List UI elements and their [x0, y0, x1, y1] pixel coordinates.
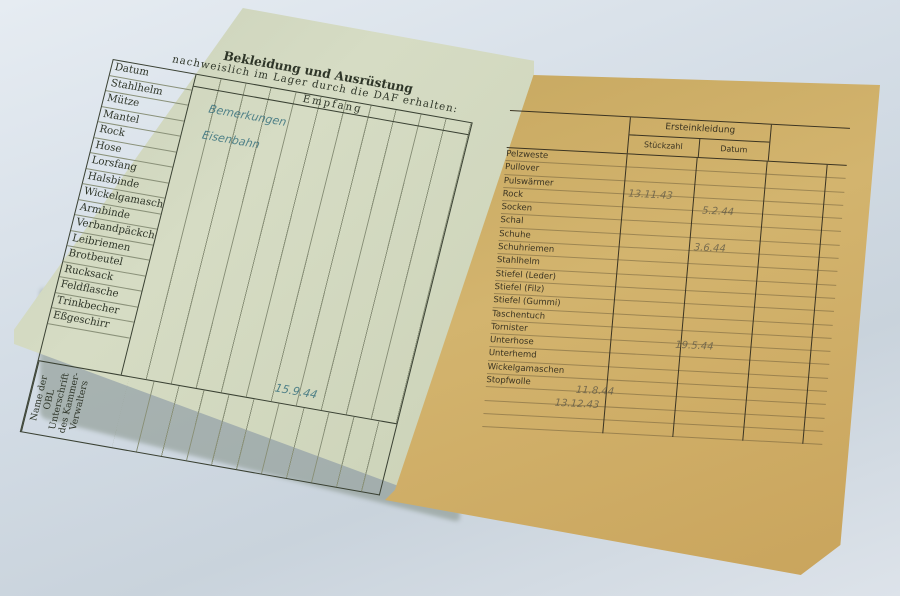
- handwriting: 13.11.43: [628, 189, 673, 202]
- handwriting: 3.6.44: [693, 242, 726, 255]
- ersteinkleidung-group: Ersteinkleidung Stückzahl Datum: [628, 117, 772, 160]
- header-blank: [507, 111, 631, 153]
- stueckzahl-header: Stückzahl: [628, 135, 700, 157]
- footer-label: Name der OBL Unterschrift des Kammer-Ver…: [21, 361, 129, 447]
- handwriting: 5.2.44: [702, 205, 735, 218]
- photo-scene: Bekleidung und Ausrüstung nachweislich i…: [0, 0, 900, 596]
- handwriting: 13.12.43: [554, 398, 599, 411]
- right-table-rows: Pelzweste Pullover Pulswärmer Rock Socke…: [482, 148, 846, 445]
- handwriting: Bemerkungen: [207, 102, 288, 129]
- right-clothing-table: Ersteinkleidung Stückzahl Datum Pelzwest…: [473, 110, 850, 548]
- left-grid: Datum Stahlhelm Mütze Mantel Rock Hose L…: [37, 59, 472, 424]
- handwriting: 19.5.44: [675, 340, 714, 353]
- handwriting: 15.9.44: [273, 381, 318, 401]
- datum-header: Datum: [698, 139, 769, 161]
- handwriting: 11.8.44: [575, 385, 614, 398]
- handwriting: Eisenbahn: [201, 128, 261, 151]
